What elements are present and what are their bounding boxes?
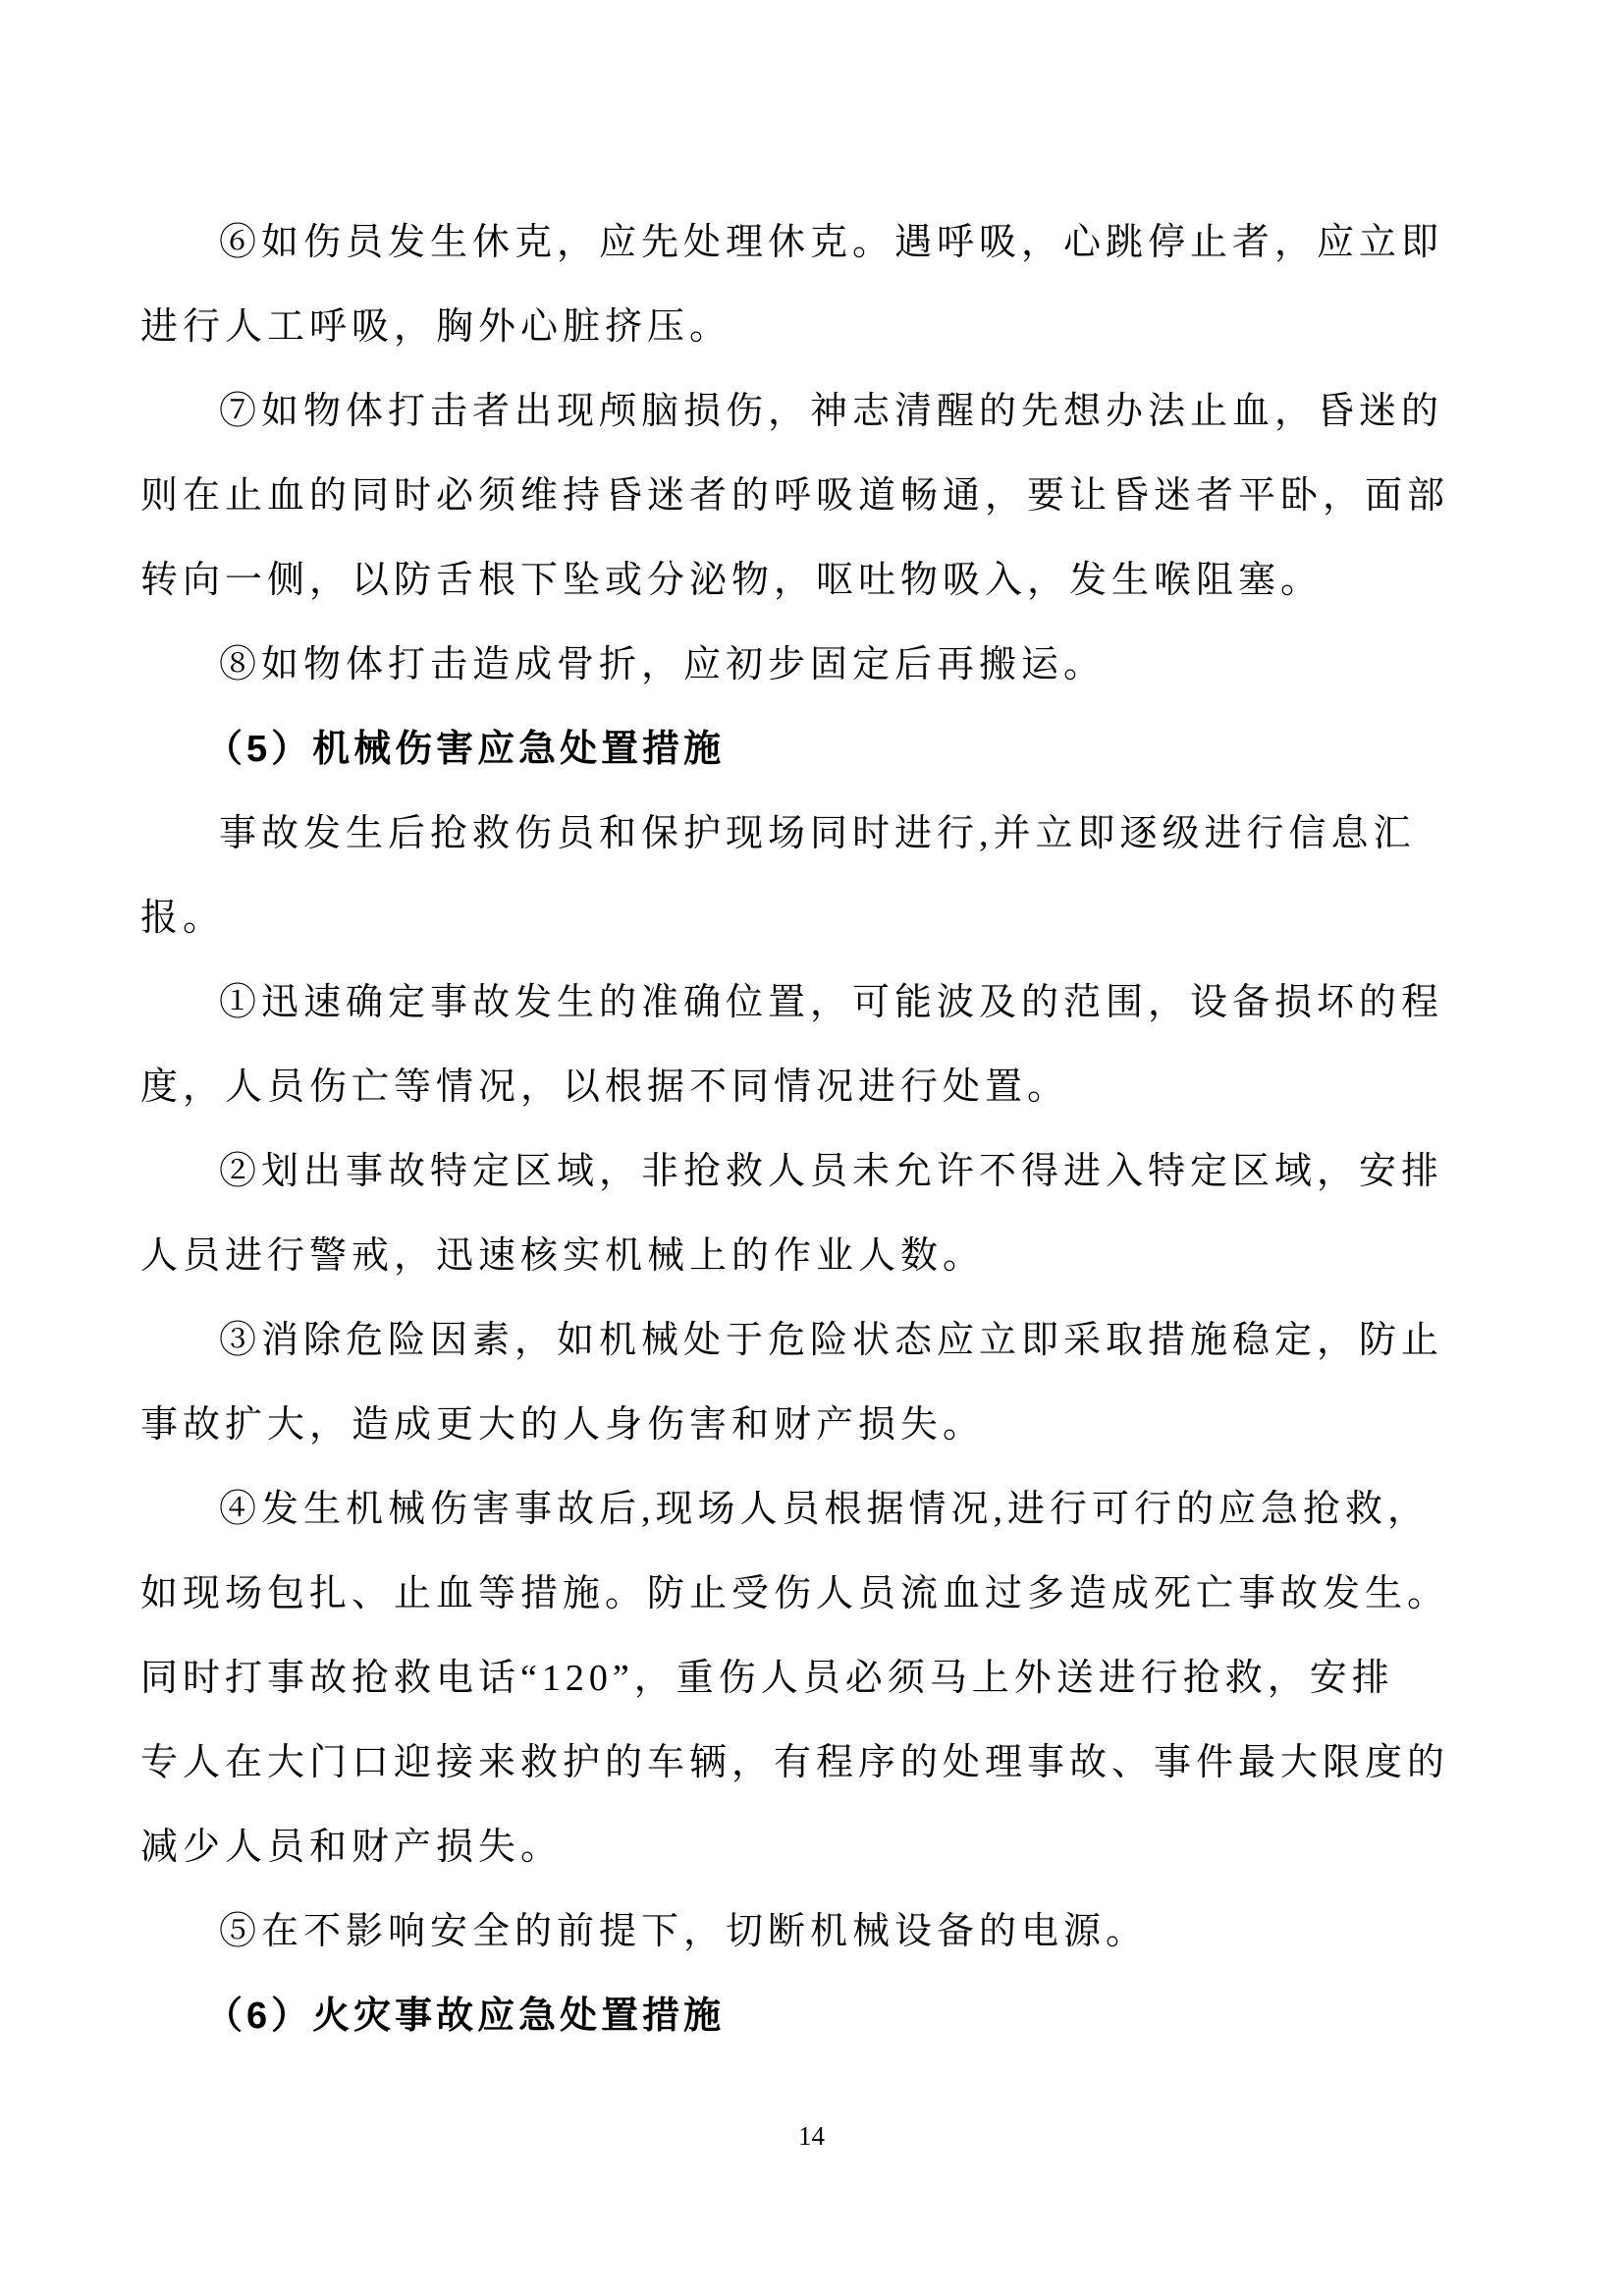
heading-line: （6）火灾事故应急处置措施 [140, 1974, 1488, 2058]
text-line: 度，人员伤亡等情况，以根据不同情况进行处置。 [140, 1045, 1488, 1129]
text-line: 减少人员和财产损失。 [140, 1805, 1488, 1889]
text-line: 报。 [140, 876, 1488, 960]
text-line: 事故扩大，造成更大的人身伤害和财产损失。 [140, 1383, 1488, 1467]
text-line: ⑦如物体打击者出现颅脑损伤，神志清醒的先想办法止血，昏迷的 [140, 369, 1488, 454]
text-line: 人员进行警戒，迅速核实机械上的作业人数。 [140, 1214, 1488, 1298]
text-line: ③消除危险因素，如机械处于危险状态应立即采取措施稳定，防止 [140, 1298, 1488, 1383]
text-line: 则在止血的同时必须维持昏迷者的呼吸道畅通，要让昏迷者平卧，面部 [140, 454, 1488, 538]
text-line: 事故发生后抢救伤员和保护现场同时进行,并立即逐级进行信息汇 [140, 792, 1488, 876]
text-line: ①迅速确定事故发生的准确位置，可能波及的范围，设备损坏的程 [140, 960, 1488, 1045]
text-line: ②划出事故特定区域，非抢救人员未允许不得进入特定区域，安排 [140, 1129, 1488, 1214]
text-line: ④发生机械伤害事故后,现场人员根据情况,进行可行的应急抢救， [140, 1467, 1488, 1552]
text-line: 进行人工呼吸，胸外心脏挤压。 [140, 285, 1488, 369]
page-number: 14 [0, 2121, 1623, 2152]
document-page: ⑥如伤员发生休克，应先处理休克。遇呼吸，心跳停止者，应立即进行人工呼吸，胸外心脏… [0, 0, 1623, 2296]
text-line: 转向一侧，以防舌根下坠或分泌物，呕吐物吸入，发生喉阻塞。 [140, 538, 1488, 623]
text-line: ⑥如伤员发生休克，应先处理休克。遇呼吸，心跳停止者，应立即 [140, 200, 1488, 285]
text-line: 同时打事故抢救电话“120”，重伤人员必须马上外送进行抢救，安排 [140, 1636, 1488, 1721]
text-line: 专人在大门口迎接来救护的车辆，有程序的处理事故、事件最大限度的 [140, 1721, 1488, 1805]
text-line: ⑧如物体打击造成骨折，应初步固定后再搬运。 [140, 623, 1488, 707]
text-line: 如现场包扎、止血等措施。防止受伤人员流血过多造成死亡事故发生。 [140, 1552, 1488, 1636]
document-body: ⑥如伤员发生休克，应先处理休克。遇呼吸，心跳停止者，应立即进行人工呼吸，胸外心脏… [140, 200, 1488, 2058]
text-line: ⑤在不影响安全的前提下，切断机械设备的电源。 [140, 1889, 1488, 1974]
heading-line: （5）机械伤害应急处置措施 [140, 707, 1488, 792]
